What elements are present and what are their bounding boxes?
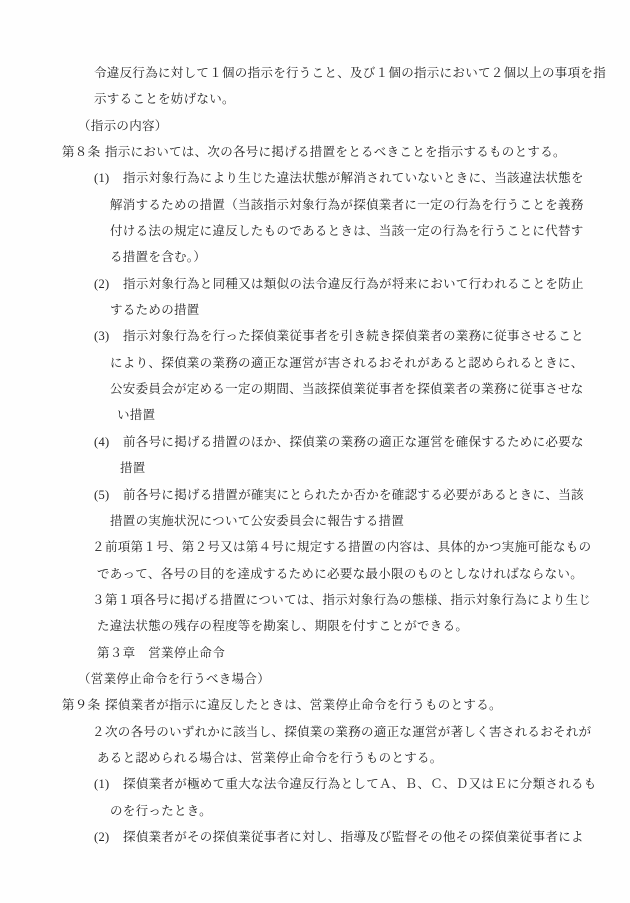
line-text: 公安委員会が定める一定の期間、当該探偵業従事者を探偵業者の業務に従事させな	[110, 376, 584, 402]
line-text: 令違反行為に対して１個の指示を行うこと、及び１個の指示において２個以上の事項を指	[94, 60, 606, 86]
line-text: 探偵業者が極めて重大な法令違反行為としてＡ、Ｂ、Ｃ、Ｄ又はＥに分類されるも	[123, 771, 597, 797]
item-number: (4)	[94, 429, 123, 455]
text-line: するための措置	[110, 297, 630, 323]
line-text: するための措置	[110, 297, 200, 323]
text-line: により、探偵業の業務の適正な運営が害されるおそれがあると認められるときに、	[110, 350, 630, 376]
text-line: ２前項第１号、第２号又は第４号に規定する措置の内容は、具体的かつ実施可能なもの	[92, 534, 630, 560]
line-text: る措置を含む。）	[110, 244, 206, 270]
paragraph-number: ２	[92, 534, 105, 560]
line-text: あると認められる場合は、営業停止命令を行うものとする。	[97, 745, 443, 771]
line-text: （営業停止命令を行うべき場合）	[78, 666, 270, 692]
item-number: (3)	[94, 323, 123, 349]
article-number: 第９条	[62, 692, 105, 718]
item-number: (2)	[94, 271, 123, 297]
text-line: 第３章 営業停止命令	[97, 640, 630, 666]
text-line: 示することを妨げない。	[94, 86, 630, 112]
line-text: （指示の内容）	[78, 113, 168, 139]
item-number: (1)	[94, 771, 123, 797]
text-line: た違法状態の残存の程度等を勘案し、期限を付すことができる。	[97, 613, 630, 639]
text-line: 措置の実施状況について公安委員会に報告する措置	[110, 508, 630, 534]
text-line: 第８条指示においては、次の各号に掲げる措置をとるべきことを指示するものとする。	[62, 139, 630, 165]
text-line: る措置を含む。）	[110, 244, 630, 270]
line-text: 探偵業者がその探偵業従事者に対し、指導及び監督その他その探偵業従事者によ	[123, 824, 584, 850]
line-text: 付ける法の規定に違反したものであるときは、当該一定の行為を行うことに代替す	[110, 218, 584, 244]
line-text: 解消するための措置（当該指示対象行為が探偵業者に一定の行為を行うことを義務	[110, 192, 584, 218]
text-line: 公安委員会が定める一定の期間、当該探偵業従事者を探偵業者の業務に従事させな	[110, 376, 630, 402]
document-lines: 令違反行為に対して１個の指示を行うこと、及び１個の指示において２個以上の事項を指…	[0, 60, 630, 850]
text-line: （指示の内容）	[78, 113, 630, 139]
line-text: であって、各号の目的を達成するために必要な最小限のものとしなければならない。	[97, 561, 583, 587]
text-line: のを行ったとき。	[110, 798, 630, 824]
text-line: ２次の各号のいずれかに該当し、探偵業の業務の適正な運営が著しく害されるおそれが	[92, 719, 630, 745]
text-line: 解消するための措置（当該指示対象行為が探偵業者に一定の行為を行うことを義務	[110, 192, 630, 218]
text-line: い措置	[117, 402, 630, 428]
text-line: 令違反行為に対して１個の指示を行うこと、及び１個の指示において２個以上の事項を指	[94, 60, 630, 86]
text-line: ３第１項各号に掲げる措置については、指示対象行為の態様、指示対象行為により生じ	[92, 587, 630, 613]
line-text: 前項第１号、第２号又は第４号に規定する措置の内容は、具体的かつ実施可能なもの	[105, 534, 591, 560]
text-line: (3)指示対象行為を行った探偵業従事者を引き続き探偵業者の業務に従事させること	[94, 323, 630, 349]
line-text: により、探偵業の業務の適正な運営が害されるおそれがあると認められるときに、	[110, 350, 584, 376]
line-text: い措置	[117, 402, 155, 428]
text-line: （営業停止命令を行うべき場合）	[78, 666, 630, 692]
line-text: 指示対象行為を行った探偵業従事者を引き続き探偵業者の業務に従事させること	[123, 323, 584, 349]
line-text: 第１項各号に掲げる措置については、指示対象行為の態様、指示対象行為により生じ	[105, 587, 591, 613]
line-text: 次の各号のいずれかに該当し、探偵業の業務の適正な運営が著しく害されるおそれが	[105, 719, 591, 745]
paragraph-number: ３	[92, 587, 105, 613]
text-line: 措置	[120, 455, 630, 481]
text-line: (5)前各号に掲げる措置が確実にとられたか否かを確認する必要があるときに、当該	[94, 482, 630, 508]
text-line: 付ける法の規定に違反したものであるときは、当該一定の行為を行うことに代替す	[110, 218, 630, 244]
text-line: あると認められる場合は、営業停止命令を行うものとする。	[97, 745, 630, 771]
line-text: 指示対象行為により生じた違法状態が解消されていないときに、当該違法状態を	[123, 165, 584, 191]
text-line: であって、各号の目的を達成するために必要な最小限のものとしなければならない。	[97, 561, 630, 587]
text-line: (2)指示対象行為と同種又は類似の法令違反行為が将来において行われることを防止	[94, 271, 630, 297]
text-line: (4)前各号に掲げる措置のほか、探偵業の業務の適正な運営を確保するために必要な	[94, 429, 630, 455]
paragraph-number: ２	[92, 719, 105, 745]
line-text: 前各号に掲げる措置が確実にとられたか否かを確認する必要があるときに、当該	[123, 482, 584, 508]
line-text: 探偵業者が指示に違反したときは、営業停止命令を行うものとする。	[105, 692, 502, 718]
item-number: (1)	[94, 165, 123, 191]
line-text: のを行ったとき。	[110, 798, 212, 824]
text-line: (2)探偵業者がその探偵業従事者に対し、指導及び監督その他その探偵業従事者によ	[94, 824, 630, 850]
text-line: (1)指示対象行為により生じた違法状態が解消されていないときに、当該違法状態を	[94, 165, 630, 191]
document-page: 令違反行為に対して１個の指示を行うこと、及び１個の指示において２個以上の事項を指…	[0, 0, 630, 903]
line-text: 措置の実施状況について公安委員会に報告する措置	[110, 508, 404, 534]
article-number: 第８条	[62, 139, 105, 165]
line-text: 前各号に掲げる措置のほか、探偵業の業務の適正な運営を確保するために必要な	[123, 429, 584, 455]
line-text: 示することを妨げない。	[94, 86, 235, 112]
item-number: (5)	[94, 482, 123, 508]
line-text: 指示においては、次の各号に掲げる措置をとるべきことを指示するものとする。	[105, 139, 566, 165]
line-text: た違法状態の残存の程度等を勘案し、期限を付すことができる。	[97, 613, 468, 639]
text-line: 第９条探偵業者が指示に違反したときは、営業停止命令を行うものとする。	[62, 692, 630, 718]
item-number: (2)	[94, 824, 123, 850]
line-text: 措置	[120, 455, 146, 481]
text-line: (1)探偵業者が極めて重大な法令違反行為としてＡ、Ｂ、Ｃ、Ｄ又はＥに分類されるも	[94, 771, 630, 797]
line-text: 指示対象行為と同種又は類似の法令違反行為が将来において行われることを防止	[123, 271, 584, 297]
line-text: 第３章 営業停止命令	[97, 640, 225, 666]
